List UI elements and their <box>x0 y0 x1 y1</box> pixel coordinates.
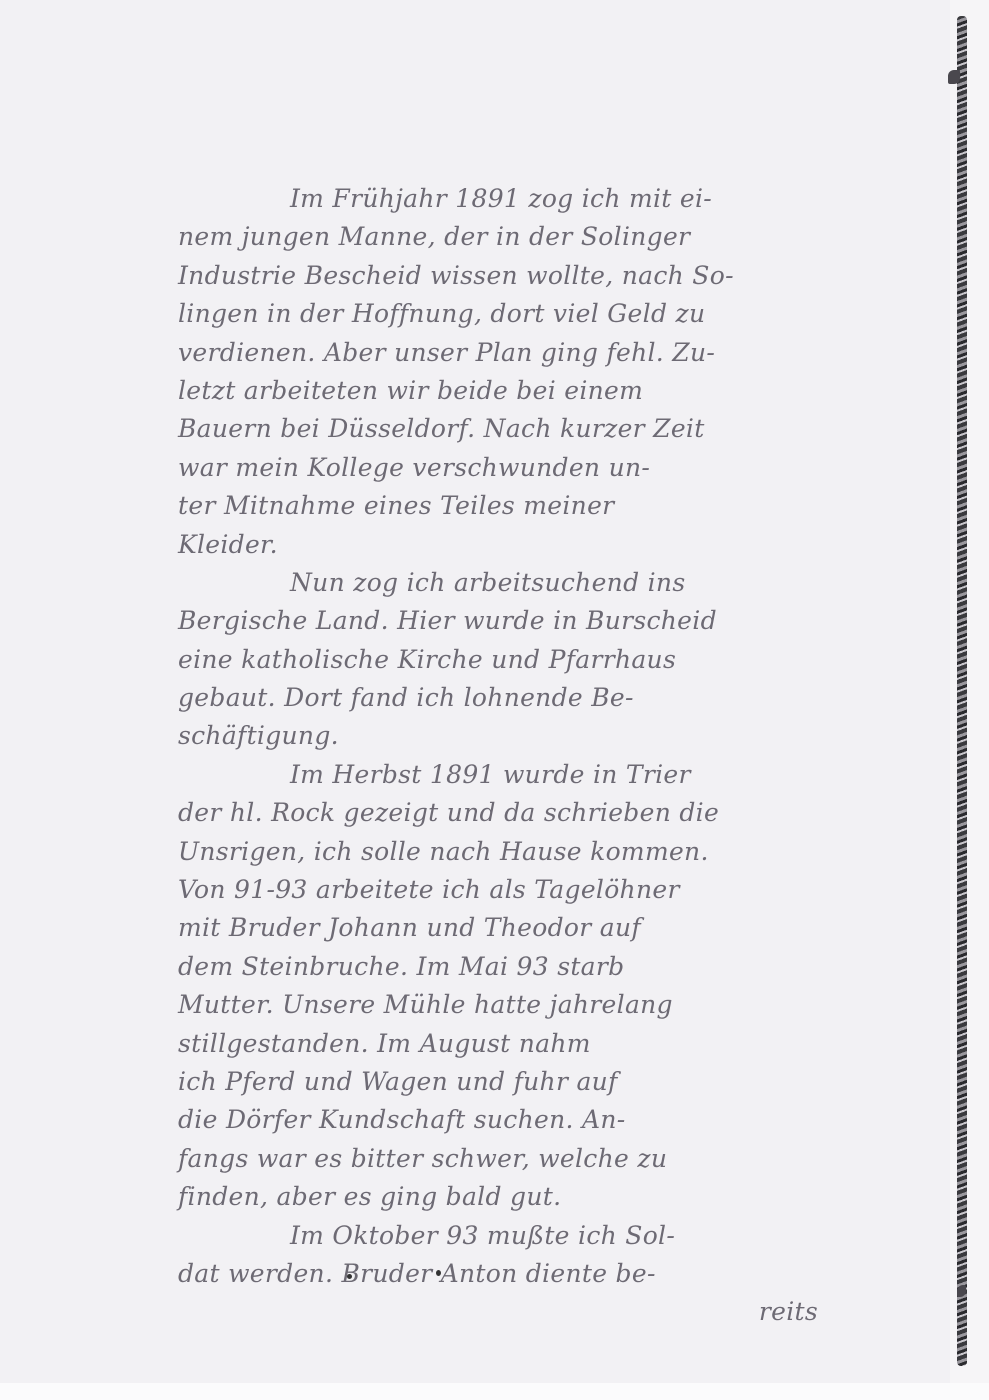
text-line: dat werden. Bruder Anton diente be- <box>178 1255 828 1293</box>
text-line: Bergische Land. Hier wurde in Burscheid <box>178 602 828 640</box>
text-line: ich Pferd und Wagen und fuhr auf <box>178 1063 828 1101</box>
text-line: lingen in der Hoffnung, dort viel Geld z… <box>178 295 828 333</box>
text-line: schäftigung. <box>178 717 828 755</box>
text-line: Von 91-93 arbeitete ich als Tagelöhner <box>178 871 828 909</box>
text-line: Mutter. Unsere Mühle hatte jahrelang <box>178 986 828 1024</box>
text-line: gebaut. Dort fand ich lohnende Be- <box>178 679 828 717</box>
scan-bottom-margin <box>0 1383 989 1400</box>
text-line: finden, aber es ging bald gut. <box>178 1178 828 1216</box>
text-line: der hl. Rock gezeigt und da schrieben di… <box>178 794 828 832</box>
text-line: fangs war es bitter schwer, welche zu <box>178 1140 828 1178</box>
catchword: reits <box>178 1293 828 1331</box>
text-line: ter Mitnahme eines Teiles meiner <box>178 487 828 525</box>
binding-cord-knot <box>948 70 960 84</box>
text-line: Bauern bei Düsseldorf. Nach kurzer Zeit <box>178 410 828 448</box>
text-line: Nun zog ich arbeitsuchend ins <box>178 564 828 602</box>
text-line: stillgestanden. Im August nahm <box>178 1025 828 1063</box>
text-line: Unsrigen, ich solle nach Hause kommen. <box>178 833 828 871</box>
text-line: verdienen. Aber unser Plan ging fehl. Zu… <box>178 334 828 372</box>
text-line: Kleider. <box>178 526 828 564</box>
text-line: die Dörfer Kundschaft suchen. An- <box>178 1101 828 1139</box>
text-line: dem Steinbruche. Im Mai 93 starb <box>178 948 828 986</box>
binding-cord <box>957 16 967 1366</box>
text-line: Im Frühjahr 1891 zog ich mit ei- <box>178 180 828 218</box>
text-line: war mein Kollege verschwunden un- <box>178 449 828 487</box>
text-line: nem jungen Manne, der in der Solinger <box>178 218 828 256</box>
text-line: letzt arbeiteten wir beide bei einem <box>178 372 828 410</box>
ink-speck <box>347 1274 352 1279</box>
text-line: eine katholische Kirche und Pfarrhaus <box>178 641 828 679</box>
text-line: Im Oktober 93 mußte ich Sol- <box>178 1217 828 1255</box>
text-line: Im Herbst 1891 wurde in Trier <box>178 756 828 794</box>
ink-speck <box>436 1270 441 1276</box>
text-line: mit Bruder Johann und Theodor auf <box>178 909 828 947</box>
binding-margin <box>950 0 989 1383</box>
text-line: Industrie Bescheid wissen wollte, nach S… <box>178 257 828 295</box>
handwritten-text-body: Im Frühjahr 1891 zog ich mit ei-nem jung… <box>178 180 828 1332</box>
